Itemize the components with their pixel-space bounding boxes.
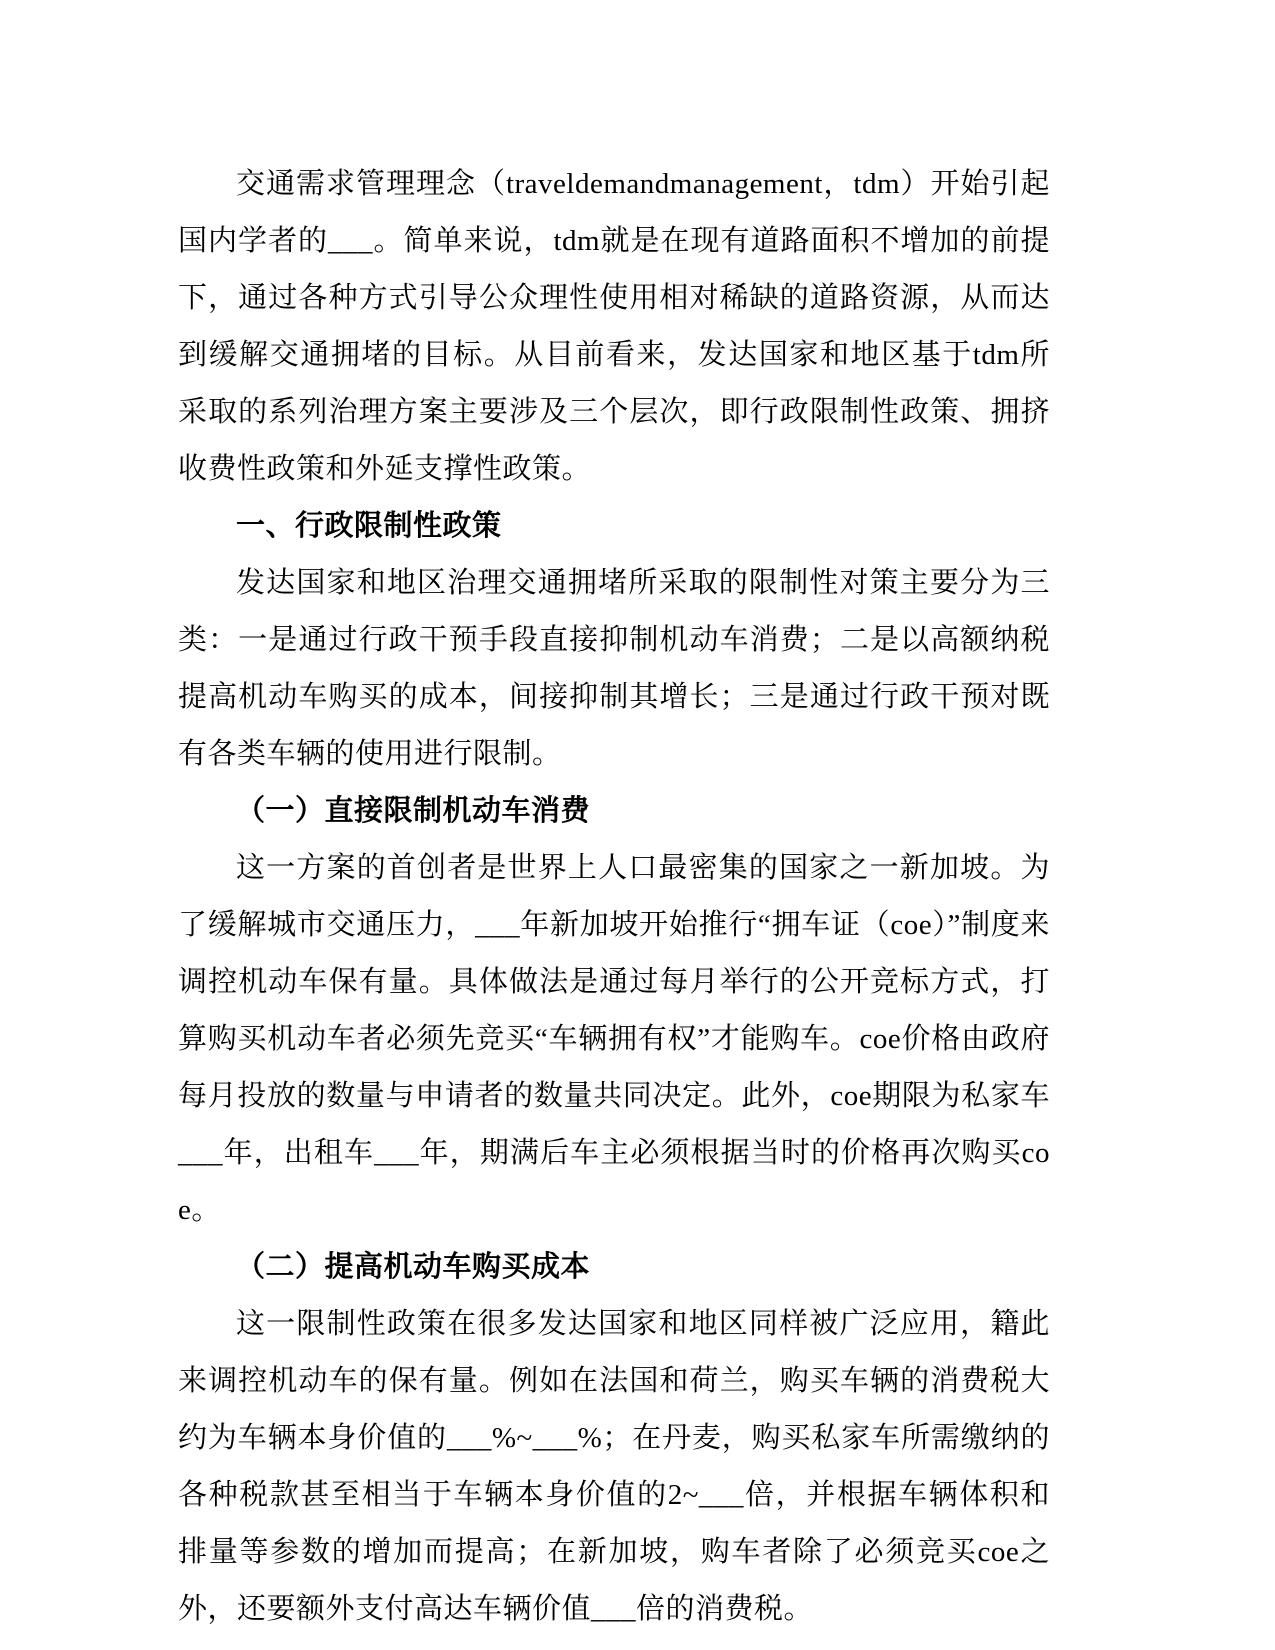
document-page: 交通需求管理理念（traveldemandmanagement，tdm）开始引起… [0,0,1275,1650]
paragraph-tdm-intro: 交通需求管理理念（traveldemandmanagement，tdm）开始引起… [178,156,1050,498]
heading-subsection-2-raise-purchase-cost: （二）提高机动车购买成本 [178,1239,1050,1296]
paragraph-purchase-tax-examples: 这一限制性政策在很多发达国家和地区同样被广泛应用，籍此来调控机动车的保有量。例如… [178,1296,1050,1638]
paragraph-three-categories: 发达国家和地区治理交通拥堵所采取的限制性对策主要分为三类：一是通过行政干预手段直… [178,555,1050,783]
paragraph-singapore-coe: 这一方案的首创者是世界上人口最密集的国家之一新加坡。为了缓解城市交通压力，___… [178,840,1050,1239]
heading-section-1-administrative-restrictive-policy: 一、行政限制性政策 [178,498,1050,555]
document-text-block: 交通需求管理理念（traveldemandmanagement，tdm）开始引起… [178,156,1050,1638]
heading-subsection-1-direct-restriction: （一）直接限制机动车消费 [178,783,1050,840]
